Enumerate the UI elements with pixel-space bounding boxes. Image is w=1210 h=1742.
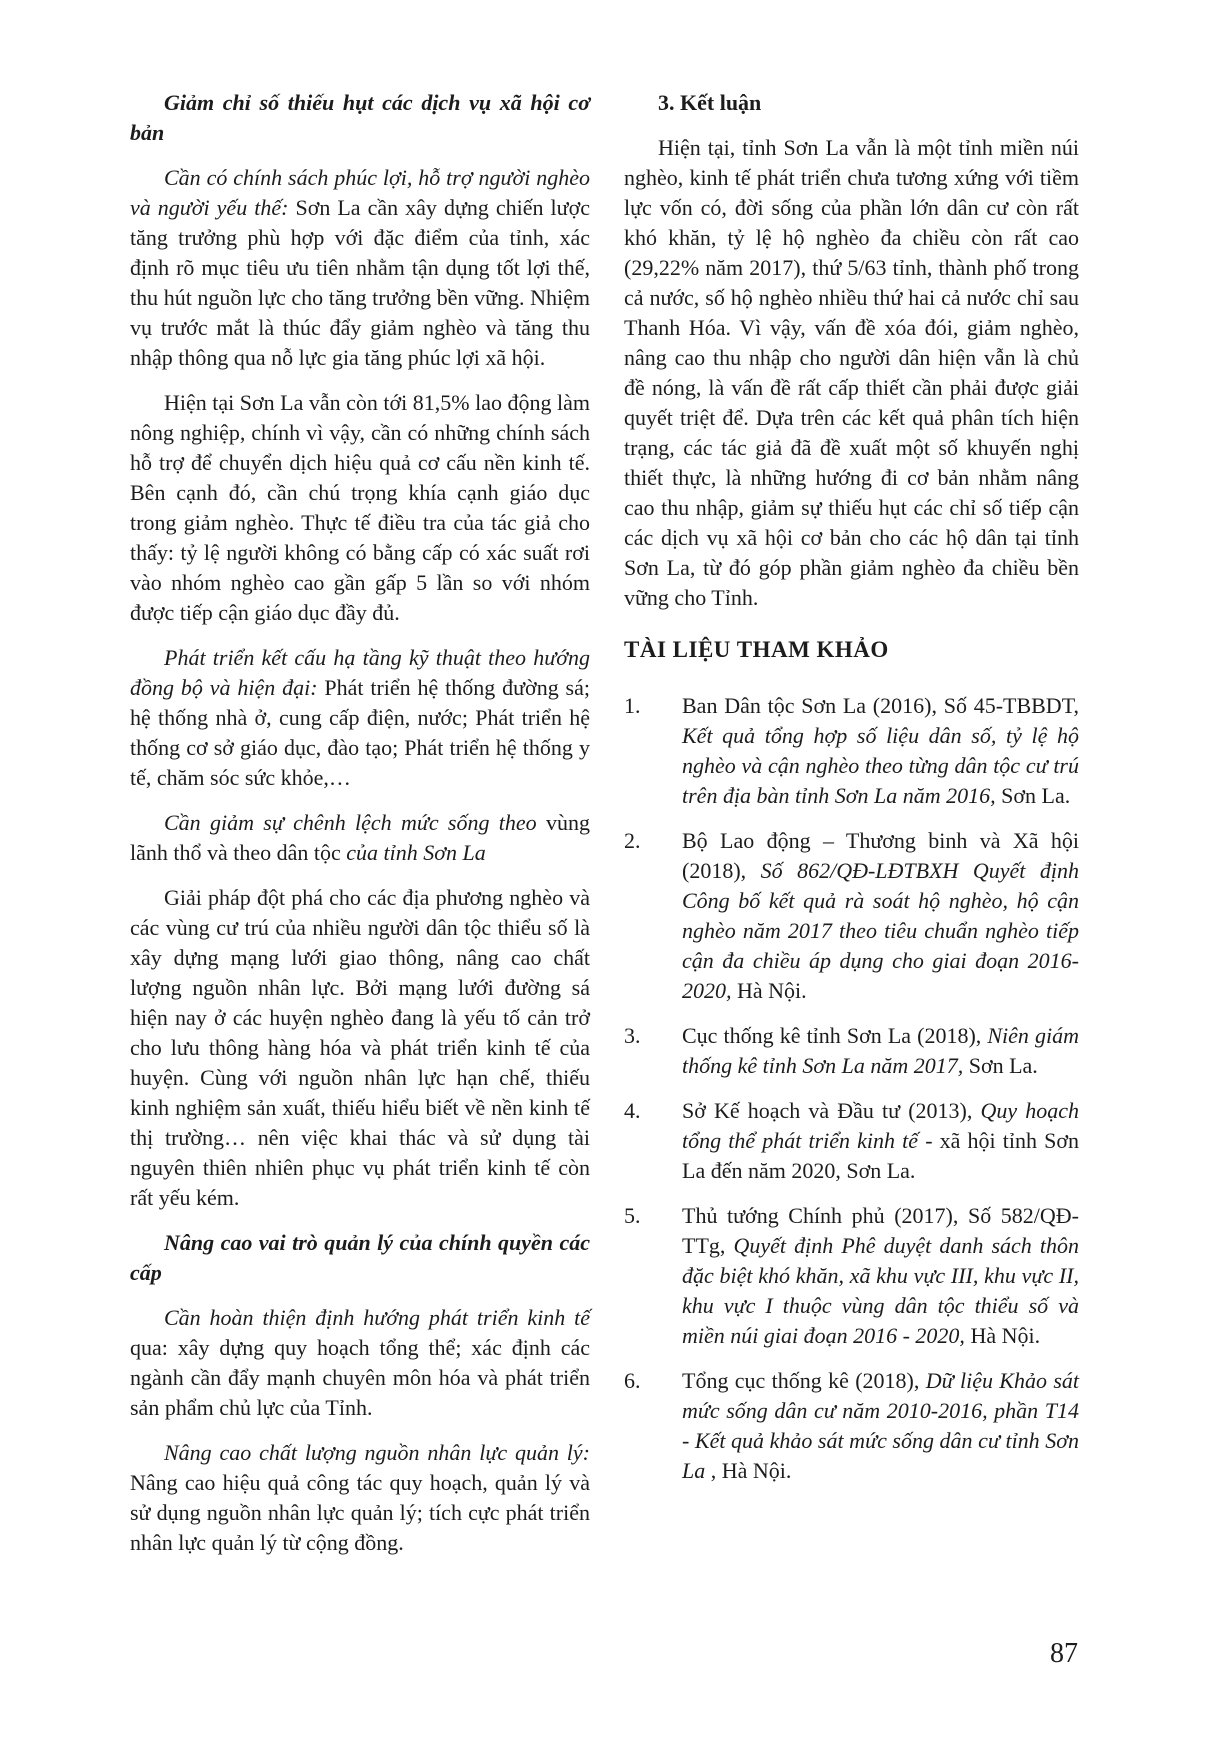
reference-text: Tổng cục thống kê (2018), Dữ liệu Khảo s… xyxy=(682,1366,1079,1486)
reference-post-text: , Hà Nội. xyxy=(705,1458,791,1483)
paragraph-welfare-policy: Cần có chính sách phúc lợi, hỗ trợ người… xyxy=(130,163,590,373)
paragraph-body-text: Sơn La cần xây dựng chiến lược tăng trưở… xyxy=(130,195,590,370)
reference-number: 3. xyxy=(624,1021,682,1081)
reference-text: Sở Kế hoạch và Đầu tư (2013), Quy hoạch … xyxy=(682,1096,1079,1186)
reference-text: Bộ Lao động – Thương binh và Xã hội (201… xyxy=(682,826,1079,1006)
reference-item: 6. Tổng cục thống kê (2018), Dữ liệu Khả… xyxy=(624,1366,1079,1486)
reference-number: 4. xyxy=(624,1096,682,1186)
reference-text: Thủ tướng Chính phủ (2017), Số 582/QĐ-TT… xyxy=(682,1201,1079,1351)
heading-references: TÀI LIỆU THAM KHẢO xyxy=(624,635,1079,665)
reference-number: 5. xyxy=(624,1201,682,1351)
heading-conclusion: 3. Kết luận xyxy=(624,88,1079,118)
reference-item: 4. Sở Kế hoạch và Đầu tư (2013), Quy hoạ… xyxy=(624,1096,1079,1186)
paragraph-development-orientation: Cần hoàn thiện định hướng phát triển kin… xyxy=(130,1303,590,1423)
paragraph-lead-italic: Cần giảm sự chênh lệch mức sống theo xyxy=(164,810,546,835)
reference-item: 2. Bộ Lao động – Thương binh và Xã hội (… xyxy=(624,826,1079,1006)
paragraph-lead-italic: Nâng cao chất lượng nguồn nhân lực quản … xyxy=(164,1440,590,1465)
reference-post-text: Sơn La. xyxy=(963,1053,1038,1078)
page-number: 87 xyxy=(1050,1638,1078,1670)
reference-pre-text: Tổng cục thống kê (2018), xyxy=(682,1368,926,1393)
reference-text: Ban Dân tộc Sơn La (2016), Số 45-TBBDT, … xyxy=(682,691,1079,811)
document-page: { "document": { "page_number": "87" }, "… xyxy=(0,0,1210,1742)
reference-pre-text: Ban Dân tộc Sơn La (2016), Số 45-TBBDT, xyxy=(682,693,1079,718)
reference-item: 3. Cục thống kê tỉnh Sơn La (2018), Niên… xyxy=(624,1021,1079,1081)
reference-number: 6. xyxy=(624,1366,682,1486)
paragraph-living-standard-gap: Cần giảm sự chênh lệch mức sống theo vùn… xyxy=(130,808,590,868)
reference-item: 5. Thủ tướng Chính phủ (2017), Số 582/QĐ… xyxy=(624,1201,1079,1351)
reference-post-text: Hà Nội. xyxy=(732,978,807,1003)
paragraph-lead-italic: Cần hoàn thiện định hướng phát triển kin… xyxy=(164,1305,590,1330)
reference-post-text: Sơn La. xyxy=(996,783,1071,808)
reference-item: 1. Ban Dân tộc Sơn La (2016), Số 45-TBBD… xyxy=(624,691,1079,811)
paragraph-body-text: qua: xây dựng quy hoạch tổng thể; xác đị… xyxy=(130,1335,590,1420)
reference-number: 1. xyxy=(624,691,682,811)
paragraph-agriculture-labor: Hiện tại Sơn La vẫn còn tới 81,5% lao độ… xyxy=(130,388,590,628)
reference-pre-text: Sở Kế hoạch và Đầu tư (2013), xyxy=(682,1098,980,1123)
paragraph-tail-italic: của tỉnh Sơn La xyxy=(346,840,485,865)
paragraph-breakthrough-solutions: Giải pháp đột phá cho các địa phương ngh… xyxy=(130,883,590,1213)
left-column: Giảm chỉ số thiếu hụt các dịch vụ xã hội… xyxy=(130,88,590,1573)
reference-post-text: Hà Nội. xyxy=(965,1323,1040,1348)
paragraph-management-human-resources: Nâng cao chất lượng nguồn nhân lực quản … xyxy=(130,1438,590,1558)
subheading-reduce-service-deprivation: Giảm chỉ số thiếu hụt các dịch vụ xã hội… xyxy=(130,88,590,148)
paragraph-infrastructure: Phát triển kết cấu hạ tầng kỹ thuật theo… xyxy=(130,643,590,793)
subheading-government-management-role: Nâng cao vai trò quản lý của chính quyền… xyxy=(130,1228,590,1288)
reference-text: Cục thống kê tỉnh Sơn La (2018), Niên gi… xyxy=(682,1021,1079,1081)
paragraph-body-text: Nâng cao hiệu quả công tác quy hoạch, qu… xyxy=(130,1470,590,1555)
paragraph-conclusion: Hiện tại, tỉnh Sơn La vẫn là một tỉnh mi… xyxy=(624,133,1079,613)
right-column: 3. Kết luận Hiện tại, tỉnh Sơn La vẫn là… xyxy=(624,88,1079,1501)
reference-number: 2. xyxy=(624,826,682,1006)
reference-pre-text: Cục thống kê tỉnh Sơn La (2018), xyxy=(682,1023,987,1048)
